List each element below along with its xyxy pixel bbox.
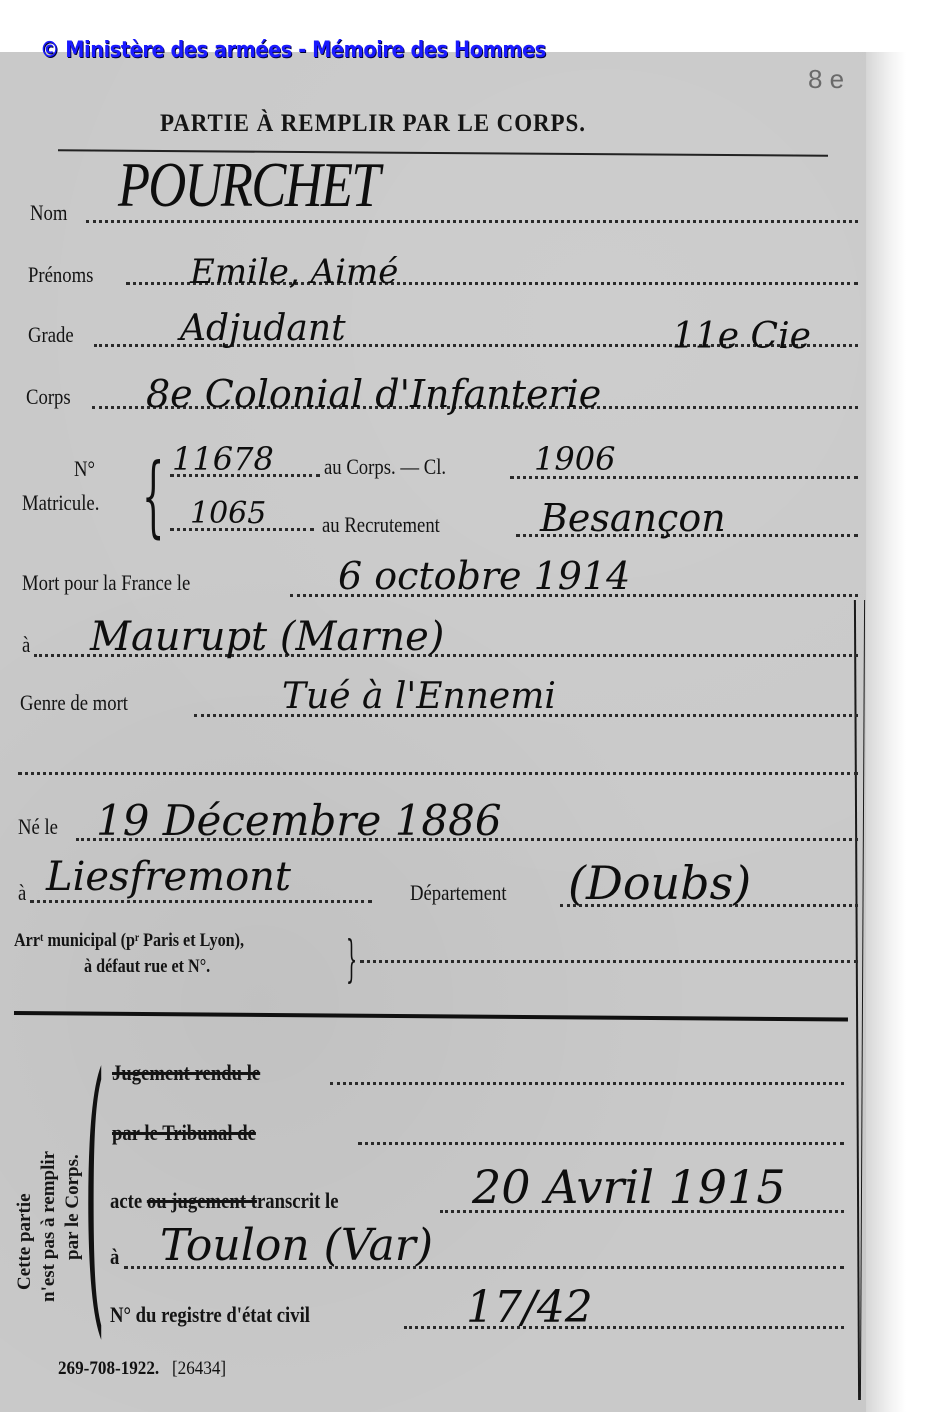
mort-lieu-label: à [22, 632, 30, 658]
prenoms-label: Prénoms [28, 262, 93, 288]
form-code: 269-708-1922. [58, 1358, 159, 1379]
corps-value: 8e Colonial d'Infanterie [146, 372, 601, 416]
departement-value: (Doubs) [568, 856, 751, 910]
departement-label: Département [410, 880, 507, 906]
ne-lieu-value: Liesfremont [46, 854, 291, 900]
mort-date-label: Mort pour la France le [22, 570, 190, 596]
ne-lieu-dots [30, 900, 372, 903]
tribunal-label: par le Tribunal de [112, 1120, 256, 1146]
grade-value: Adjudant [180, 308, 346, 349]
side-note-line-2: n'est pas à remplir [38, 1151, 60, 1302]
blank-dotted-line [18, 772, 858, 775]
corps-label: Corps [26, 384, 71, 410]
footer-code: 269-708-1922. [26434] [58, 1358, 226, 1380]
transcrit-label-post: ranscrit le [257, 1188, 339, 1213]
matricule-corps-number: 11678 [172, 440, 274, 478]
transcrit-lieu-value: Toulon (Var) [160, 1220, 433, 1271]
side-note-line-3: par le Corps. [62, 1154, 84, 1260]
recrutement-place: Besançon [540, 496, 726, 540]
grade-company: 11e Cie [672, 316, 811, 357]
arrondissement-label-line2: à défaut rue et N°. [84, 956, 210, 978]
ne-le-value: 19 Décembre 1886 [96, 796, 502, 845]
recrutement-label: au Recrutement [322, 512, 440, 538]
matricule-corps-label: au Corps. — Cl. [324, 454, 446, 480]
jugement-label: Jugement rendu le [112, 1060, 260, 1086]
ne-le-label: Né le [18, 814, 58, 840]
tribunal-dots [358, 1142, 844, 1145]
mort-date-value: 6 octobre 1914 [338, 554, 630, 598]
mort-lieu-value: Maurupt (Marne) [90, 614, 444, 660]
section-title: PARTIE À REMPLIR PAR LE CORPS. [160, 110, 586, 138]
nom-value: POURCHET [118, 148, 379, 222]
classe-value: 1906 [534, 440, 615, 478]
matricule-no-label: N° [74, 456, 95, 482]
paper-edge [866, 52, 906, 1412]
grade-label: Grade [28, 322, 74, 348]
arrondissement-label-line1: Arrᵗ municipal (pʳ Paris et Lyon), [14, 930, 244, 952]
lower-section-brace: ( [84, 1040, 105, 1340]
matricule-brace: { [142, 444, 164, 547]
transcrit-value: 20 Avril 1915 [472, 1160, 786, 1214]
registre-value: 17/42 [466, 1282, 593, 1333]
transcrit-label: acte ou jugement transcrit le [110, 1188, 338, 1214]
ne-lieu-label: à [18, 880, 26, 906]
transcrit-label-pre: acte [110, 1188, 142, 1213]
transcrit-label-struck: ou jugement t [147, 1188, 257, 1213]
registre-label: N° du registre d'état civil [110, 1302, 310, 1328]
corner-number: 8 e [808, 64, 844, 95]
matricule-recrutement-number: 1065 [190, 496, 266, 531]
nom-label: Nom [30, 200, 67, 226]
side-note-line-1: Cette partie [14, 1193, 36, 1290]
prenoms-value: Emile, Aimé [190, 252, 398, 292]
side-note: Cette partie n'est pas à remplir par le … [8, 1070, 88, 1310]
arrondissement-brace: } [346, 930, 357, 988]
matricule-label: Matricule. [22, 490, 99, 516]
transcrit-lieu-label: à [110, 1244, 119, 1270]
jugement-dots [330, 1082, 844, 1085]
genre-mort-label: Genre de mort [20, 690, 128, 716]
form-ref: [26434] [172, 1358, 226, 1379]
arrondissement-dots [360, 960, 858, 963]
copyright-watermark: © Ministère des armées - Mémoire des Hom… [40, 38, 546, 63]
genre-mort-value: Tué à l'Ennemi [282, 676, 556, 717]
